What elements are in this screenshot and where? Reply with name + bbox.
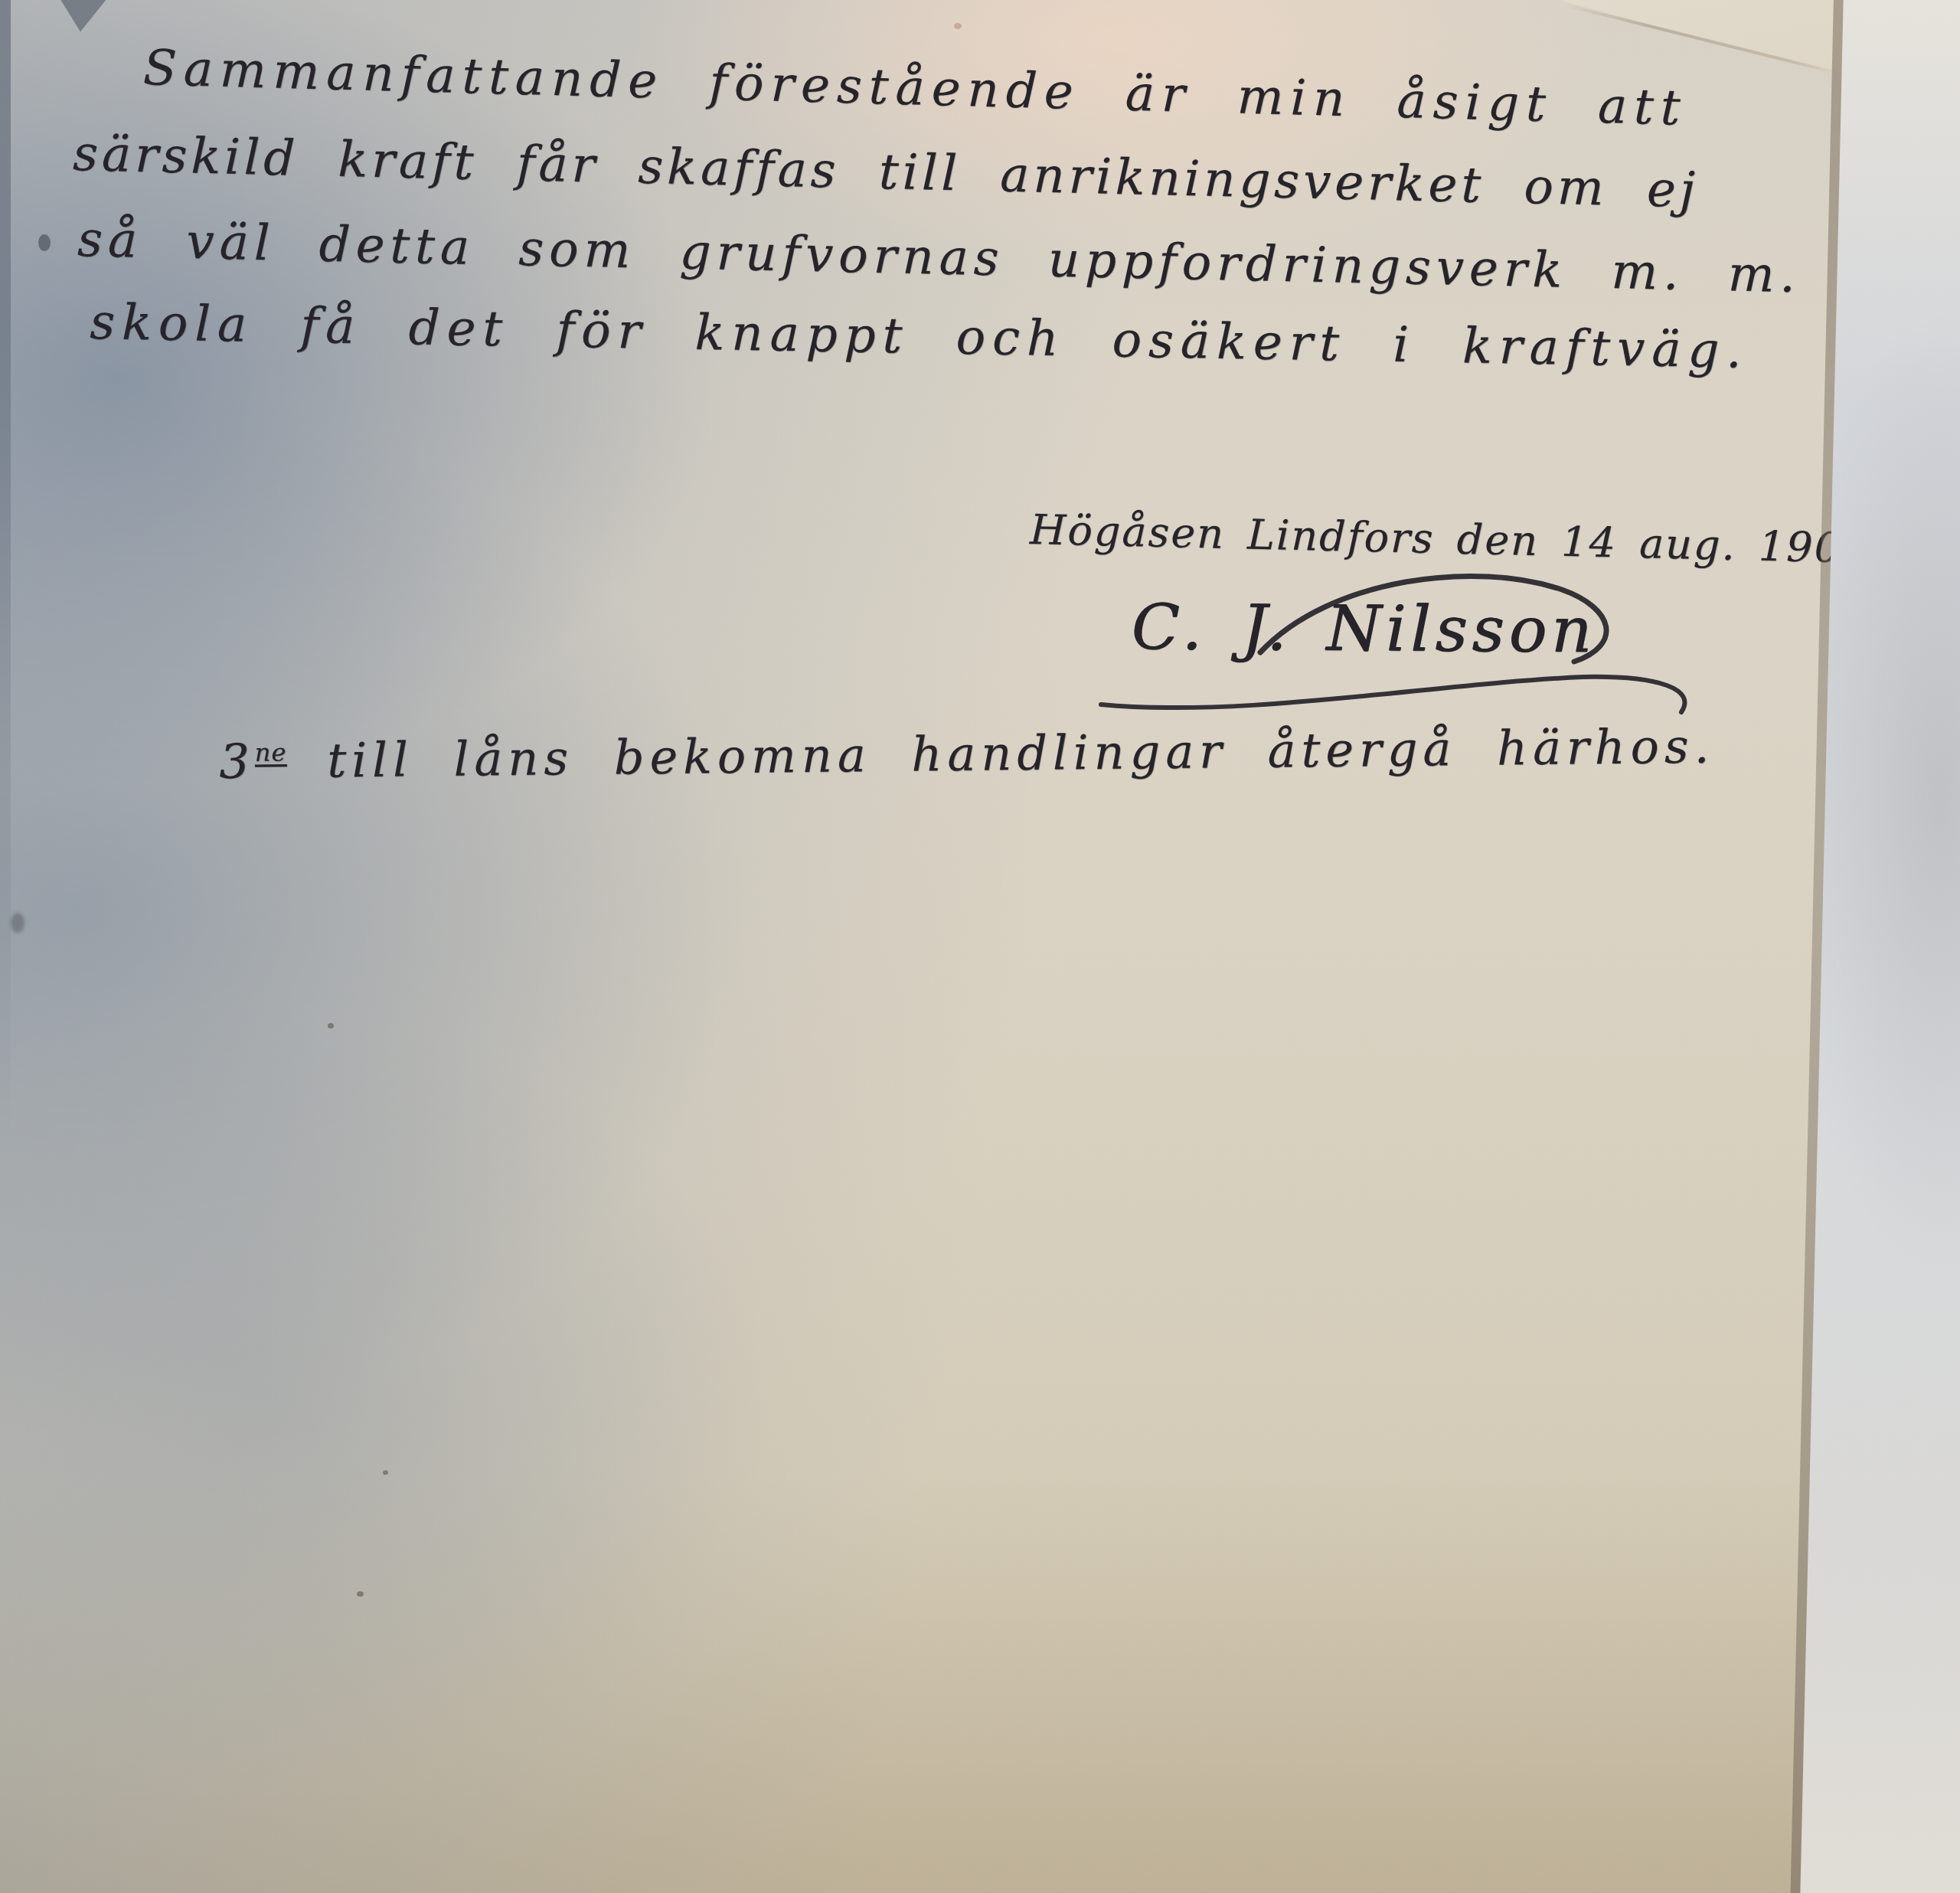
postscript-count: 3 bbox=[219, 734, 255, 790]
paper-speck bbox=[38, 234, 51, 251]
paper-speck bbox=[383, 1470, 388, 1475]
paper-left-edge-shadow bbox=[0, 0, 11, 1149]
postscript-count-suffix: ne bbox=[255, 737, 287, 767]
paper-speck bbox=[328, 1023, 334, 1028]
signature: C. J. Nilsson bbox=[1131, 591, 1596, 667]
paper-speck bbox=[11, 913, 24, 933]
scanned-letter-photo: Sammanfattande förestående är min åsigt … bbox=[0, 0, 1960, 1893]
paper-speck bbox=[357, 1591, 364, 1597]
paper-speck bbox=[954, 23, 962, 29]
